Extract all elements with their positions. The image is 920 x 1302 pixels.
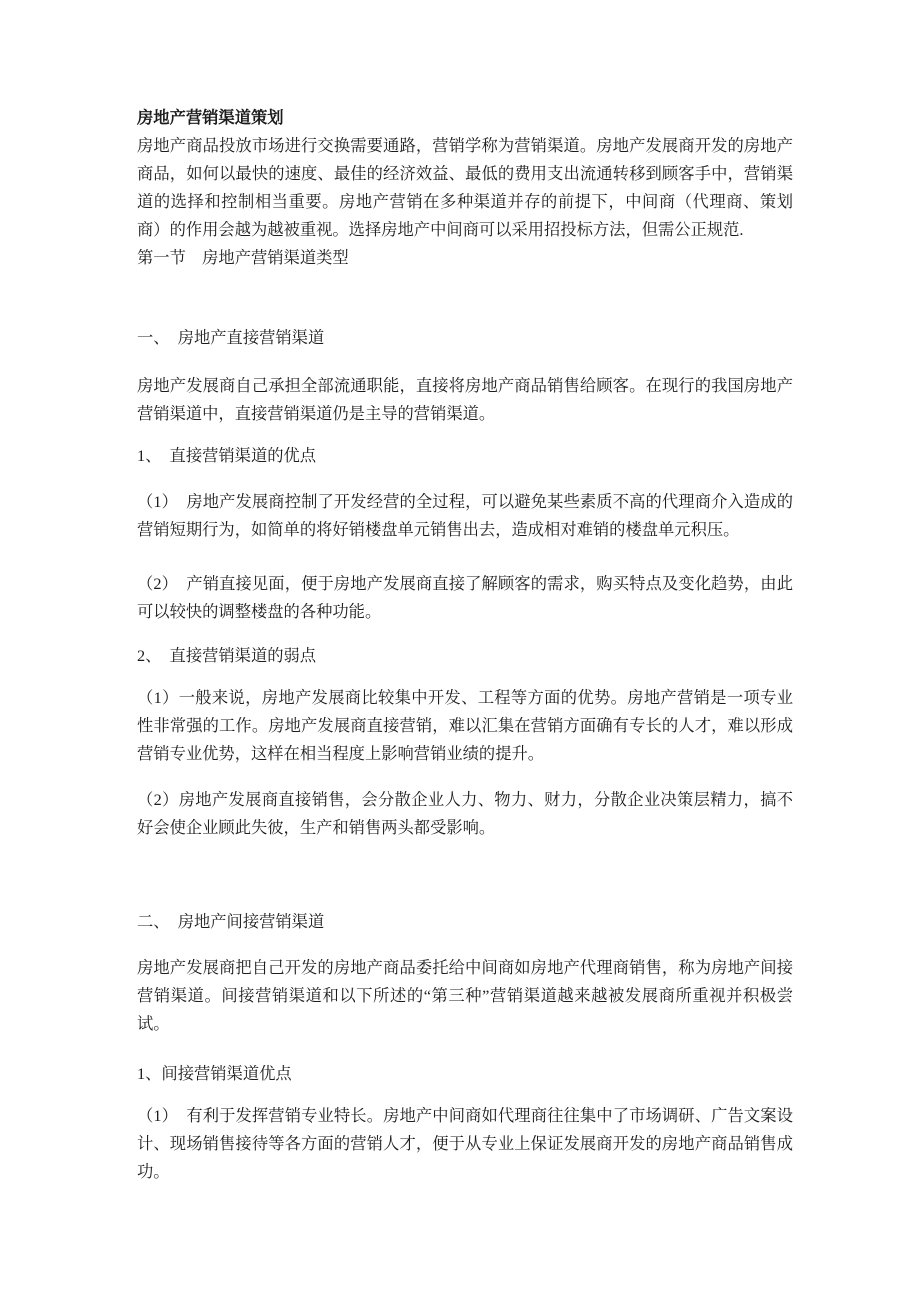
subheading-direct-weaknesses: 2、 直接营销渠道的弱点 (137, 642, 793, 670)
heading-direct-channel: 一、 房地产直接营销渠道 (137, 324, 793, 352)
paragraph-indirect-channel-intro: 房地产发展商把自己开发的房地产商品委托给中间商如房地产代理商销售，称为房地产间接… (137, 954, 793, 1038)
intro-paragraph: 房地产商品投放市场进行交换需要通路，营销学称为营销渠道。房地产发展商开发的房地产… (137, 132, 793, 244)
paragraph-direct-advantage-1: （1） 房地产发展商控制了开发经营的全过程，可以避免某些素质不高的代理商介入造成… (137, 488, 793, 544)
paragraph-indirect-advantage-1: （1） 有利于发挥营销专业特长。房地产中间商如代理商往往集中了市场调研、广告文案… (137, 1102, 793, 1186)
document-content: 房地产营销渠道策划 房地产商品投放市场进行交换需要通路，营销学称为营销渠道。房地… (137, 104, 793, 1186)
heading-indirect-channel: 二、 房地产间接营销渠道 (137, 908, 793, 936)
subheading-indirect-advantages: 1、间接营销渠道优点 (137, 1060, 793, 1088)
document-title: 房地产营销渠道策划 (137, 104, 793, 132)
section1-heading: 第一节 房地产营销渠道类型 (137, 244, 793, 272)
subheading-direct-advantages: 1、 直接营销渠道的优点 (137, 442, 793, 470)
paragraph-direct-weakness-2: （2）房地产发展商直接销售，会分散企业人力、物力、财力，分散企业决策层精力，搞不… (137, 786, 793, 842)
paragraph-direct-channel-intro: 房地产发展商自己承担全部流通职能，直接将房地产商品销售给顾客。在现行的我国房地产… (137, 372, 793, 428)
document-page: 房地产营销渠道策划 房地产商品投放市场进行交换需要通路，营销学称为营销渠道。房地… (0, 0, 920, 1302)
paragraph-direct-advantage-2: （2） 产销直接见面，便于房地产发展商直接了解顾客的需求，购买特点及变化趋势，由… (137, 570, 793, 626)
paragraph-direct-weakness-1: （1）一般来说，房地产发展商比较集中开发、工程等方面的优势。房地产营销是一项专业… (137, 684, 793, 768)
